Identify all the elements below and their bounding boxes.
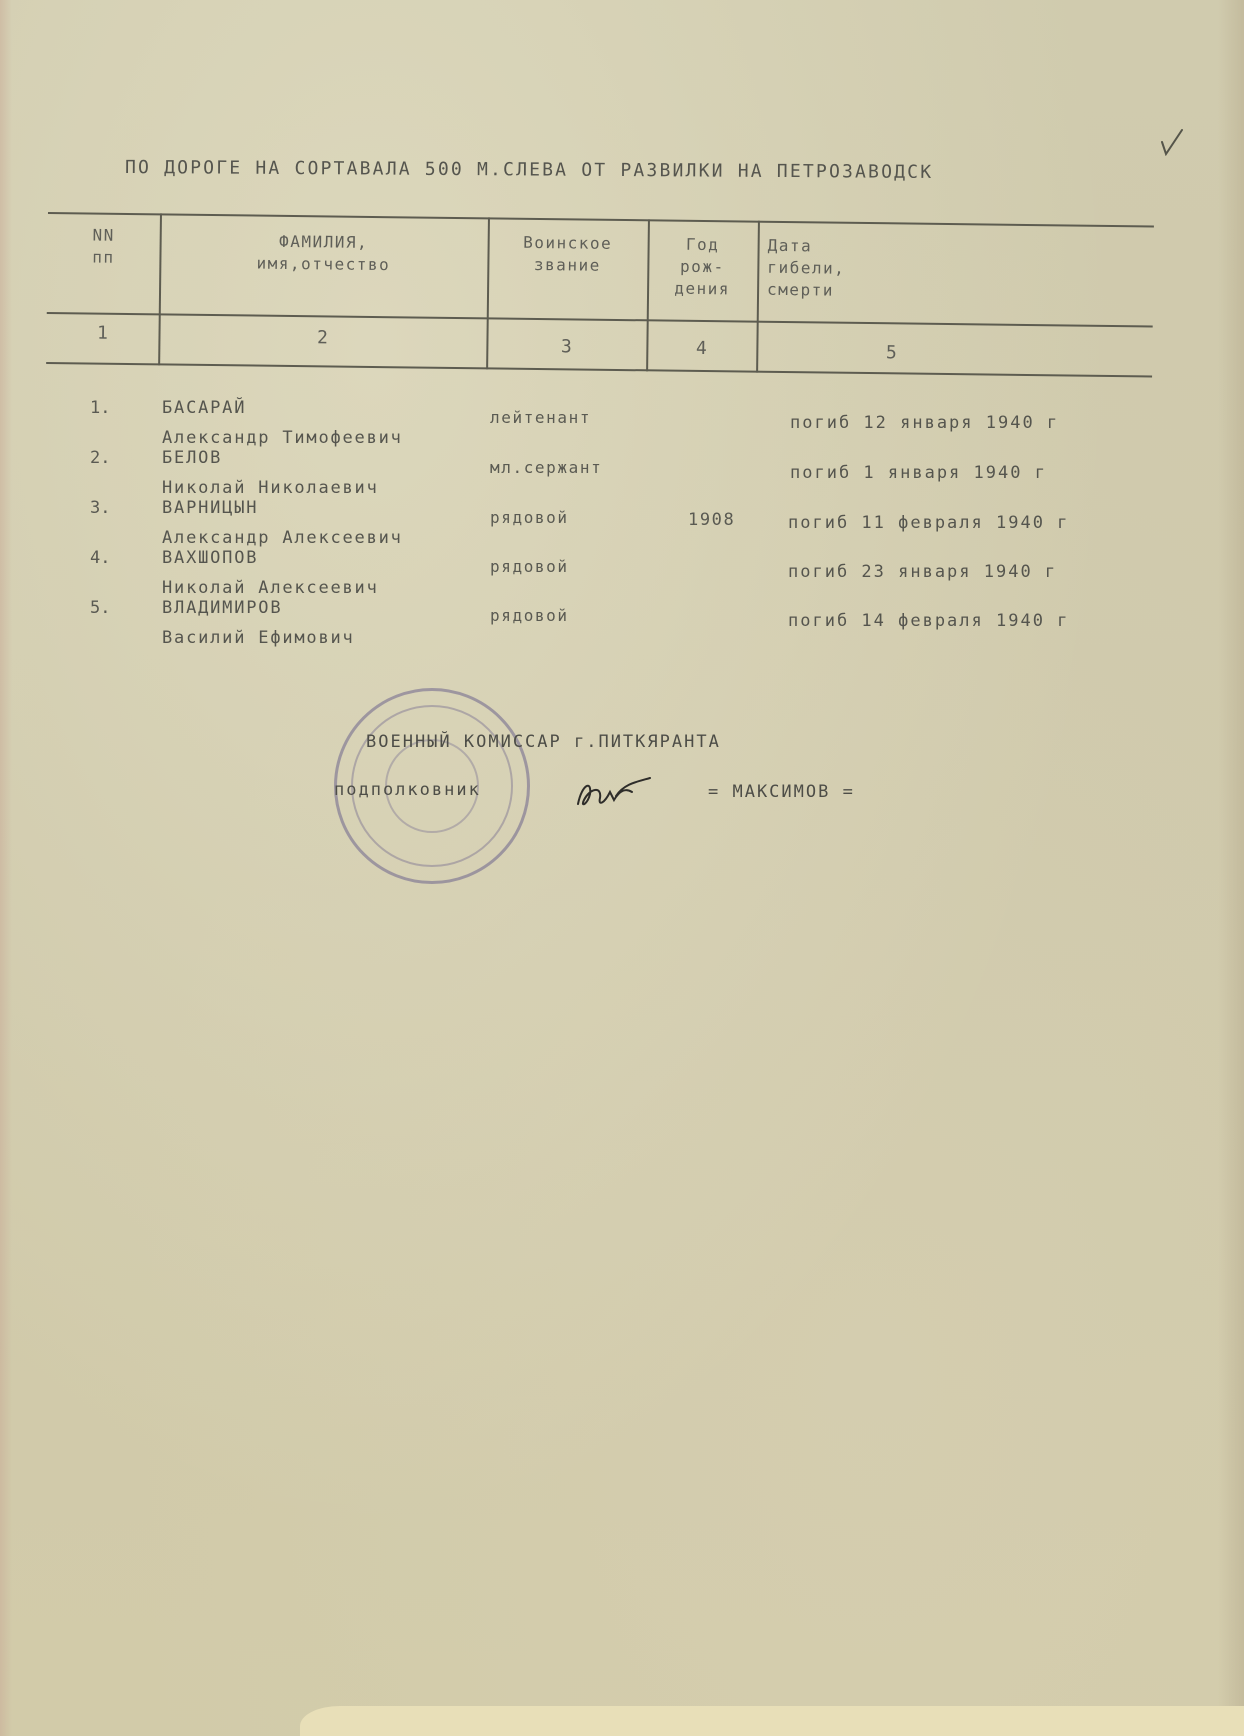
column-header-number: NN пп: [47, 224, 160, 269]
row-given-names: Николай Николаевич: [162, 478, 379, 498]
row-death-date: погиб 12 января 1940 г: [790, 413, 1059, 433]
row-number: 4.: [90, 548, 110, 568]
row-surname: ВАРНИЦЫН: [162, 498, 258, 518]
column-number-3: 3: [486, 335, 646, 358]
header-line: пп: [47, 246, 159, 269]
paper-edge-right: [1218, 0, 1244, 1736]
row-given-names: Николай Алексеевич: [162, 578, 379, 598]
table-top-rule: [48, 212, 1154, 228]
table-header: NN пп ФАМИЛИЯ, имя,отчество Воинское зва…: [46, 212, 1154, 386]
row-surname: ВАХШОПОВ: [162, 548, 258, 568]
column-number-2: 2: [158, 325, 486, 350]
row-rank: рядовой: [490, 606, 569, 625]
signatory-position: ВОЕННЫЙ КОМИССАР г.ПИТКЯРАНТА: [366, 732, 721, 752]
document-page: ПО ДОРОГЕ НА СОРТАВАЛА 500 М.СЛЕВА ОТ РА…: [0, 0, 1244, 1736]
row-surname: ВЛАДИМИРОВ: [162, 598, 282, 618]
document-title: ПО ДОРОГЕ НА СОРТАВАЛА 500 М.СЛЕВА ОТ РА…: [125, 157, 933, 183]
signatory-name: = МАКСИМОВ =: [708, 782, 855, 802]
column-header-birth-year: Год рож- дения: [647, 233, 758, 300]
header-line: NN: [48, 224, 160, 247]
column-number-5: 5: [756, 341, 1026, 365]
row-rank: мл.сержант: [490, 458, 602, 477]
column-header-name: ФАМИЛИЯ, имя,отчество: [159, 229, 488, 277]
paper-edge-left: [0, 0, 12, 1736]
row-death-date: погиб 14 февраля 1940 г: [788, 611, 1069, 631]
column-number-1: 1: [46, 322, 158, 344]
row-number: 1.: [90, 398, 110, 418]
header-line: Воинское: [488, 231, 648, 255]
header-line: Дата: [768, 235, 898, 259]
row-surname: БАСАРАЙ: [162, 398, 246, 418]
signatory-rank: подполковник: [334, 780, 481, 800]
row-number: 5.: [90, 598, 110, 618]
header-line: Год: [648, 233, 758, 256]
row-birth-year: 1908: [688, 510, 735, 530]
row-rank: лейтенант: [490, 408, 591, 427]
row-given-names: Александр Тимофеевич: [162, 428, 403, 448]
column-header-death-date: Дата гибели, смерти: [767, 235, 898, 303]
row-number: 2.: [90, 448, 110, 468]
header-line: смерти: [767, 279, 897, 303]
row-rank: рядовой: [490, 557, 569, 576]
header-line: рож-: [647, 255, 757, 278]
row-given-names: Василий Ефимович: [162, 628, 355, 648]
paper-edge-bottom: [300, 1706, 1244, 1736]
header-line: имя,отчество: [159, 251, 487, 277]
row-given-names: Александр Алексеевич: [162, 528, 403, 548]
column-header-rank: Воинское звание: [487, 231, 648, 277]
row-surname: БЕЛОВ: [162, 448, 222, 468]
header-line: звание: [487, 253, 647, 277]
checkmark-icon: [1158, 128, 1184, 156]
row-death-date: погиб 1 января 1940 г: [790, 463, 1047, 483]
row-number: 3.: [90, 498, 110, 518]
header-line: гибели,: [767, 257, 897, 281]
header-line: дения: [647, 277, 757, 300]
row-death-date: погиб 23 января 1940 г: [788, 562, 1057, 582]
column-number-4: 4: [646, 337, 756, 359]
handwritten-signature-icon: [570, 774, 660, 814]
row-death-date: погиб 11 февраля 1940 г: [788, 513, 1069, 533]
row-rank: рядовой: [490, 508, 569, 527]
